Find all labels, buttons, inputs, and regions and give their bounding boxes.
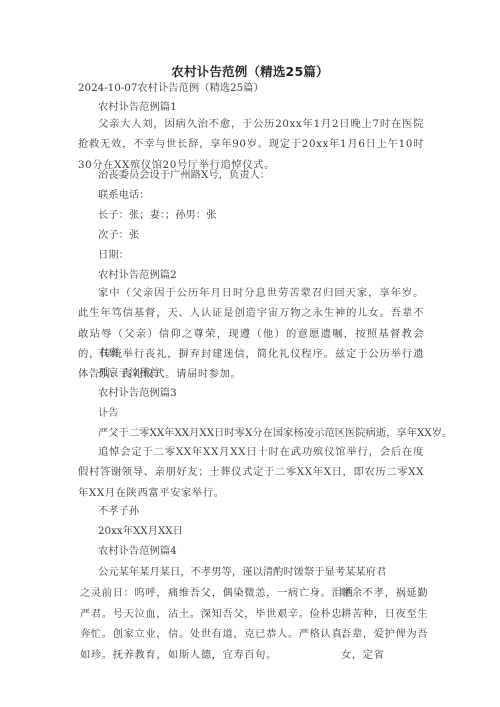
column-3-line: 女，定省	[341, 645, 428, 666]
section-3-label: 讣告	[98, 406, 119, 420]
section-4-intro: 公元某年某月某日，不孝男等，谨以清酌时馐祭于显考某某府君	[98, 565, 386, 579]
section-2-signature: 孤哀子泣稽首	[98, 366, 160, 380]
document-date-subtitle: 2024-10-07农村讣告范例（精选25篇）	[78, 81, 264, 95]
document-title: 农村讣告范例（精选25篇）	[0, 62, 500, 80]
section-1-second-son: 次子：张	[98, 228, 139, 242]
section-1-body: 父亲大人刘，因病久治不愈，于公历20xx年1月2日晚上7时在医院抢救无效，不幸与…	[78, 114, 424, 175]
column-2-line: 痛维吾父，偶染微恙，一病亡身。泪洒	[168, 583, 353, 604]
column-2-line: 沾土。深知吾父，毕世艰辛。俭朴忠	[168, 604, 353, 625]
section-4-column-2: 痛维吾父，偶染微恙，一病亡身。泪洒 沾土。深知吾父，毕世艰辛。俭朴忠 信。处世有…	[168, 583, 353, 665]
section-4-column-1: 之灵前日：呜呼， 严君。号天泣血， 奔忙。创家立业， 如珍。抚养教育，	[80, 583, 167, 665]
column-3-line: 耕苦种，日夜至生	[341, 604, 428, 625]
column-2-line: 如斯人德，宜寿百旬。	[168, 645, 353, 666]
section-3-body-1: 严父于二零XX年XX月XX日时零X分在国家杨凌示范区医院病逝，享年XX岁。	[98, 426, 452, 440]
section-1-date: 日期：	[98, 248, 129, 262]
section-3-body-2: 追悼会定于二零XX年XX月XX日十时在武功殡仪馆举行，会后在度假村答谢领导、亲朋…	[78, 442, 424, 503]
column-3-line: 嗟余不孝，祸延勤	[341, 583, 428, 604]
document-page: 农村讣告范例（精选25篇） 2024-10-07农村讣告范例（精选25篇） 农村…	[0, 0, 500, 707]
section-2-closing: 右禀	[98, 346, 119, 360]
column-3-line: 吾辈，爱护俾为吾	[341, 624, 428, 645]
section-4-column-3: 嗟余不孝，祸延勤 耕苦种，日夜至生 吾辈，爱护俾为吾 女，定省	[341, 583, 428, 665]
column-1-line: 如珍。抚养教育，	[80, 645, 167, 666]
section-1-eldest-son: 长子：张；妻：；孙男：张	[98, 208, 216, 222]
section-3-signature: 不孝子孙	[98, 504, 139, 518]
section-1-committee: 治丧委员会设于广州路X号，负责人：	[98, 168, 270, 182]
column-1-line: 奔忙。创家立业，	[80, 624, 167, 645]
section-heading-2: 农村讣告范例篇2	[98, 268, 177, 282]
section-3-date: 20xx年XX月XX日	[98, 524, 183, 538]
column-1-line: 严君。号天泣血，	[80, 604, 167, 625]
section-1-phone: 联系电话：	[98, 188, 149, 202]
column-1-line: 之灵前日：呜呼，	[80, 583, 167, 604]
section-heading-4: 农村讣告范例篇4	[98, 544, 177, 558]
section-heading-3: 农村讣告范例篇3	[98, 386, 177, 400]
section-heading-1: 农村讣告范例篇1	[98, 100, 177, 114]
column-2-line: 信。处世有道，克已恭人。严格认真。	[168, 624, 353, 645]
